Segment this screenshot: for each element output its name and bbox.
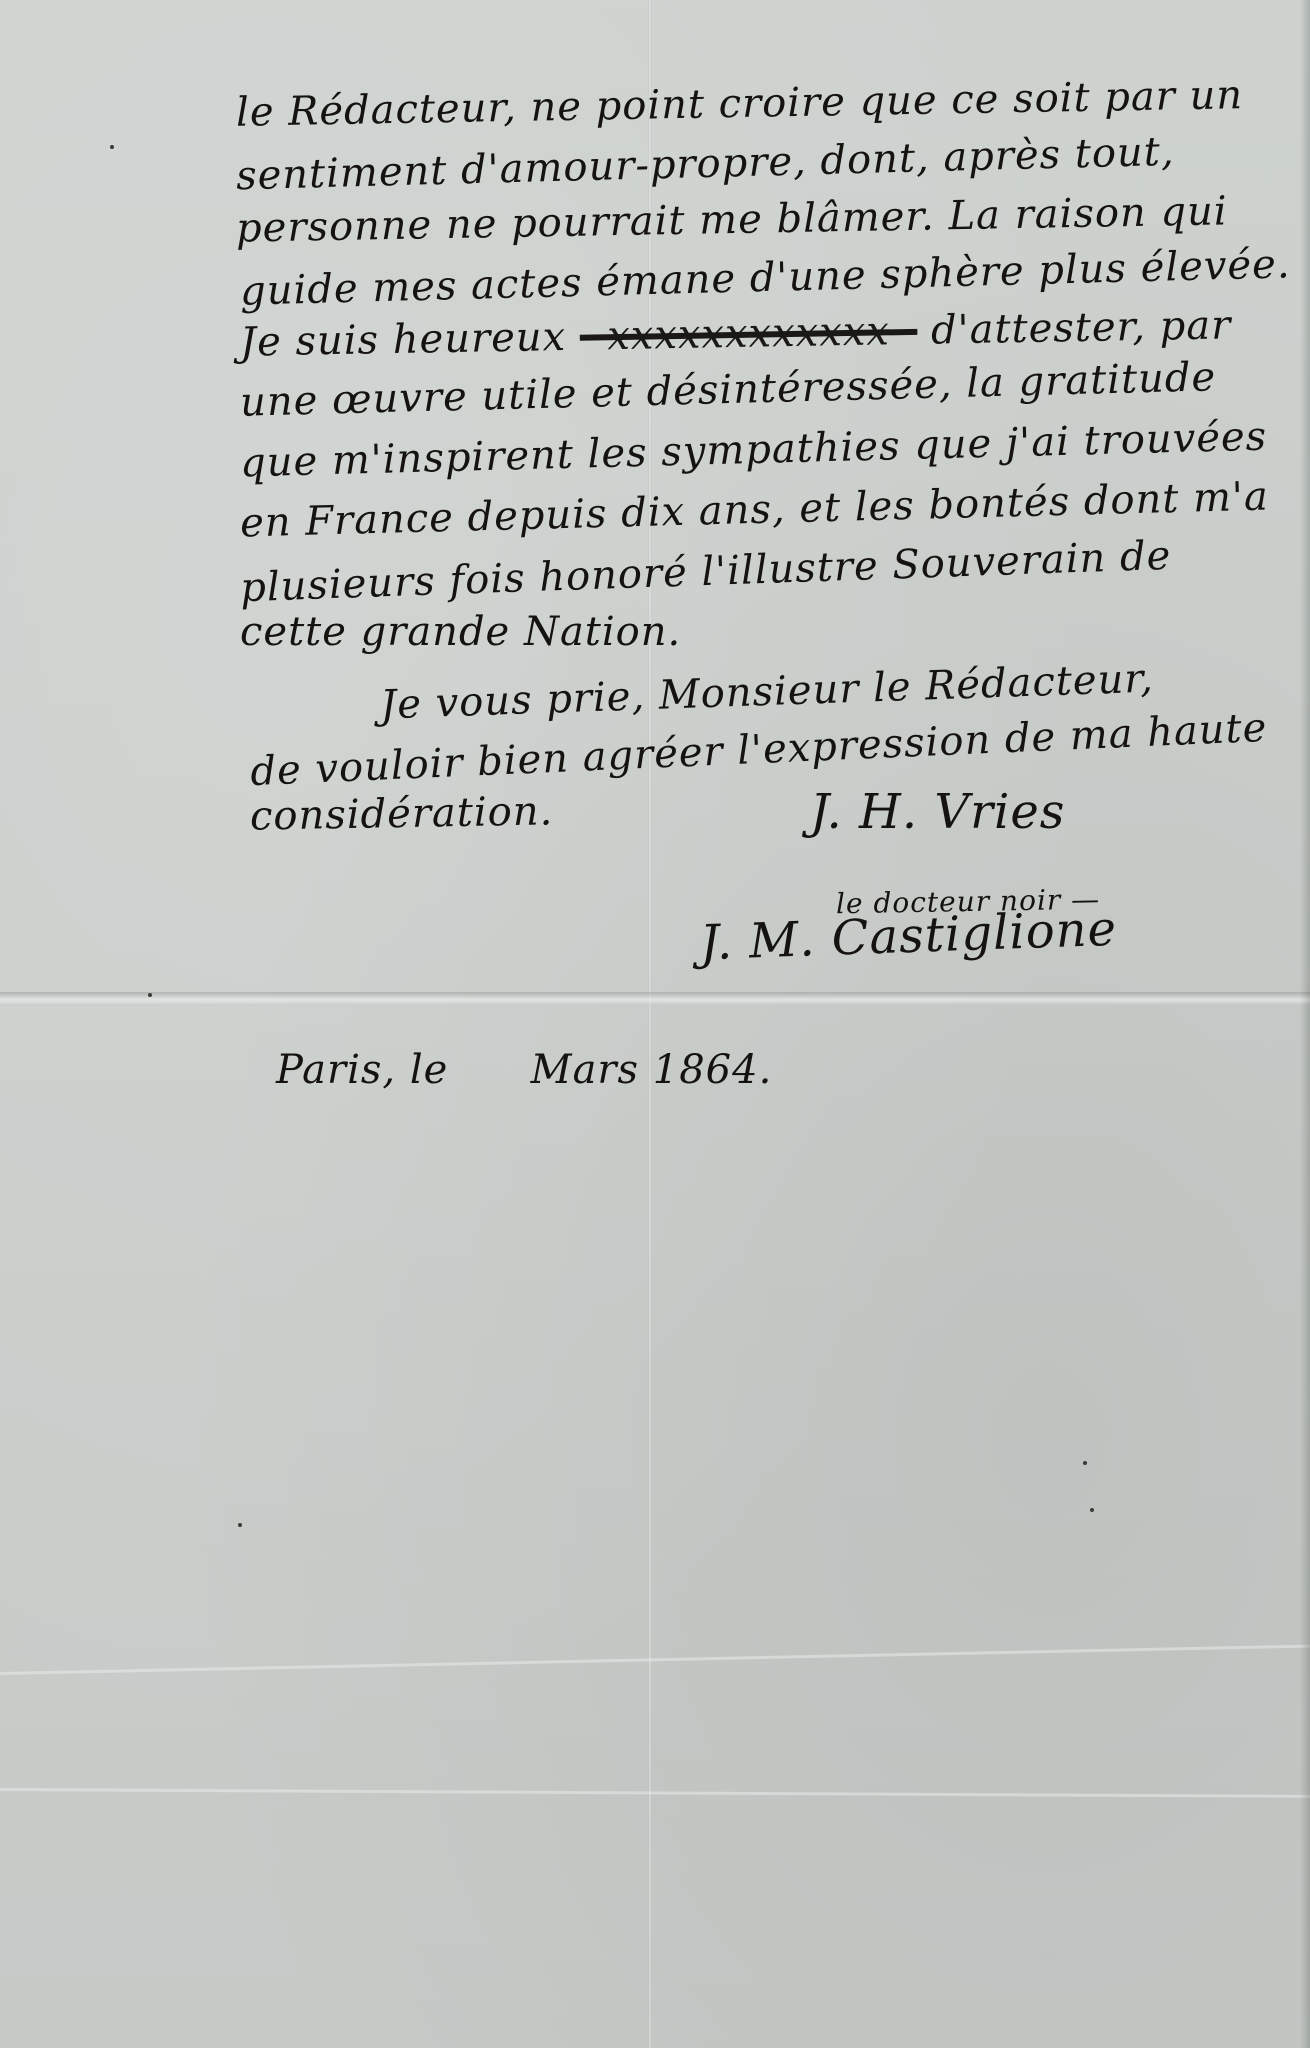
body-line-10: cette grande Nation. [240, 608, 681, 656]
body-line-2: sentiment d'amour-propre, dont, après to… [236, 128, 1176, 201]
body-line-3: personne ne pourrait me blâmer. La raiso… [236, 187, 1228, 252]
paper-speck [1083, 1461, 1087, 1465]
paper-speck [148, 993, 152, 997]
vertical-fold-line [648, 0, 652, 2048]
paper-crease [0, 1645, 1310, 1675]
paper-speck [1090, 1508, 1094, 1512]
letter-page: le Rédacteur, ne point croire que ce soi… [0, 0, 1310, 2048]
body-line-1: le Rédacteur, ne point croire que ce soi… [236, 71, 1237, 136]
body-line-6: une œuvre utile et désintéressée, la gra… [240, 353, 1217, 427]
body-line-5-start: Je suis heureux [240, 314, 567, 366]
signature-vries: J. H. Vries [810, 788, 1065, 836]
paper-edge-shadow [1300, 0, 1310, 2048]
struck-out-word: xxxxxxxxxxxx [579, 308, 917, 360]
paper-speck [238, 1523, 242, 1527]
dateline-month: Mars [531, 1047, 639, 1093]
dateline-place: Paris, le [276, 1047, 448, 1093]
dateline: Paris, le Mars 1864. [276, 1046, 772, 1094]
dateline-year: 1864. [653, 1047, 773, 1093]
signature-castiglione: J. M. Castiglione [699, 905, 1117, 968]
body-line-5-end: d'attester, par [931, 302, 1232, 353]
horizontal-fold-line [0, 992, 1310, 1006]
paper-crease [0, 1788, 1310, 1798]
closing-line-3: considération. [250, 787, 554, 840]
paper-speck [110, 145, 114, 149]
